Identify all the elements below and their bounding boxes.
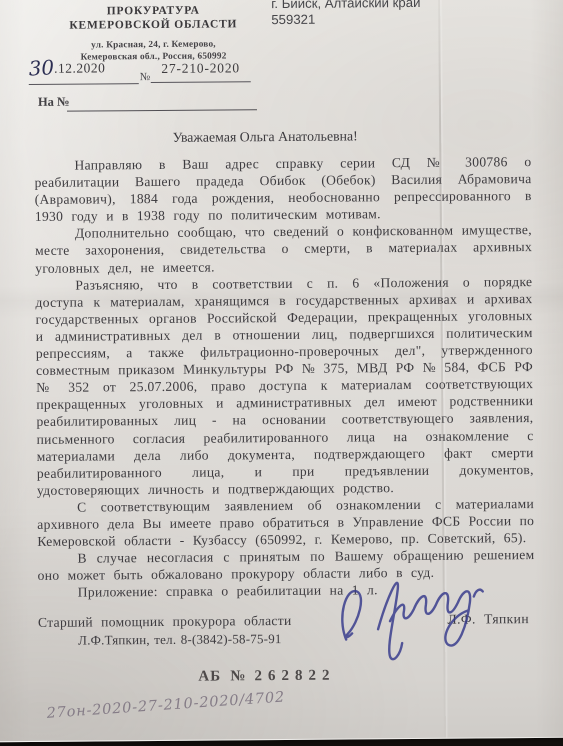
signer-position: Старший помощник прокурора области	[38, 612, 292, 631]
date-printed: .12.2020	[54, 60, 105, 75]
form-number-stamp: АБ №262822	[38, 666, 535, 687]
recipient-address: г. Бийск, Алтайский край 559321	[271, 0, 531, 27]
letter-paper: ПРОКУРАТУРА КЕМЕРОВСКОЙ ОБЛАСТИ ул. Крас…	[0, 0, 563, 742]
form-series: АБ №	[198, 668, 246, 684]
paragraph-2: Дополнительно сообщаю, что сведений о ко…	[35, 221, 532, 276]
reply-number-label: На №	[38, 95, 70, 110]
handwritten-note: 27он-2020-27-210-2020/4702	[46, 689, 285, 721]
salutation: Уважаемая Ольга Анатольевна!	[34, 127, 496, 147]
form-number: 262822	[254, 667, 335, 684]
paragraph-3: Разъясняю, что в соответствии с п. 6 «По…	[35, 273, 534, 499]
handwritten-day: 30	[28, 55, 55, 80]
scanned-letter-photo: ПРОКУРАТУРА КЕМЕРОВСКОЙ ОБЛАСТИ ул. Крас…	[0, 0, 563, 746]
outgoing-number-field: 27-210-2020	[151, 54, 251, 83]
number-sign: №	[140, 71, 151, 83]
letter-content: ПРОКУРАТУРА КЕМЕРОВСКОЙ ОБЛАСТИ ул. Крас…	[0, 0, 563, 746]
paragraph-1: Направляю в Ваш адрес справку серии СД №…	[34, 153, 532, 225]
org-name-line2: КЕМЕРОВСКОЙ ОБЛАСТИ	[25, 17, 281, 33]
date-field: 30.12.2020	[29, 55, 139, 85]
org-name: ПРОКУРАТУРА КЕМЕРОВСКОЙ ОБЛАСТИ	[25, 3, 281, 33]
recipient-postal-code: 559321	[271, 10, 531, 28]
signature-icon	[332, 558, 488, 667]
paragraph-4: С соответствующим заявлением об ознакомл…	[37, 495, 534, 550]
reply-number-blank	[67, 92, 257, 111]
